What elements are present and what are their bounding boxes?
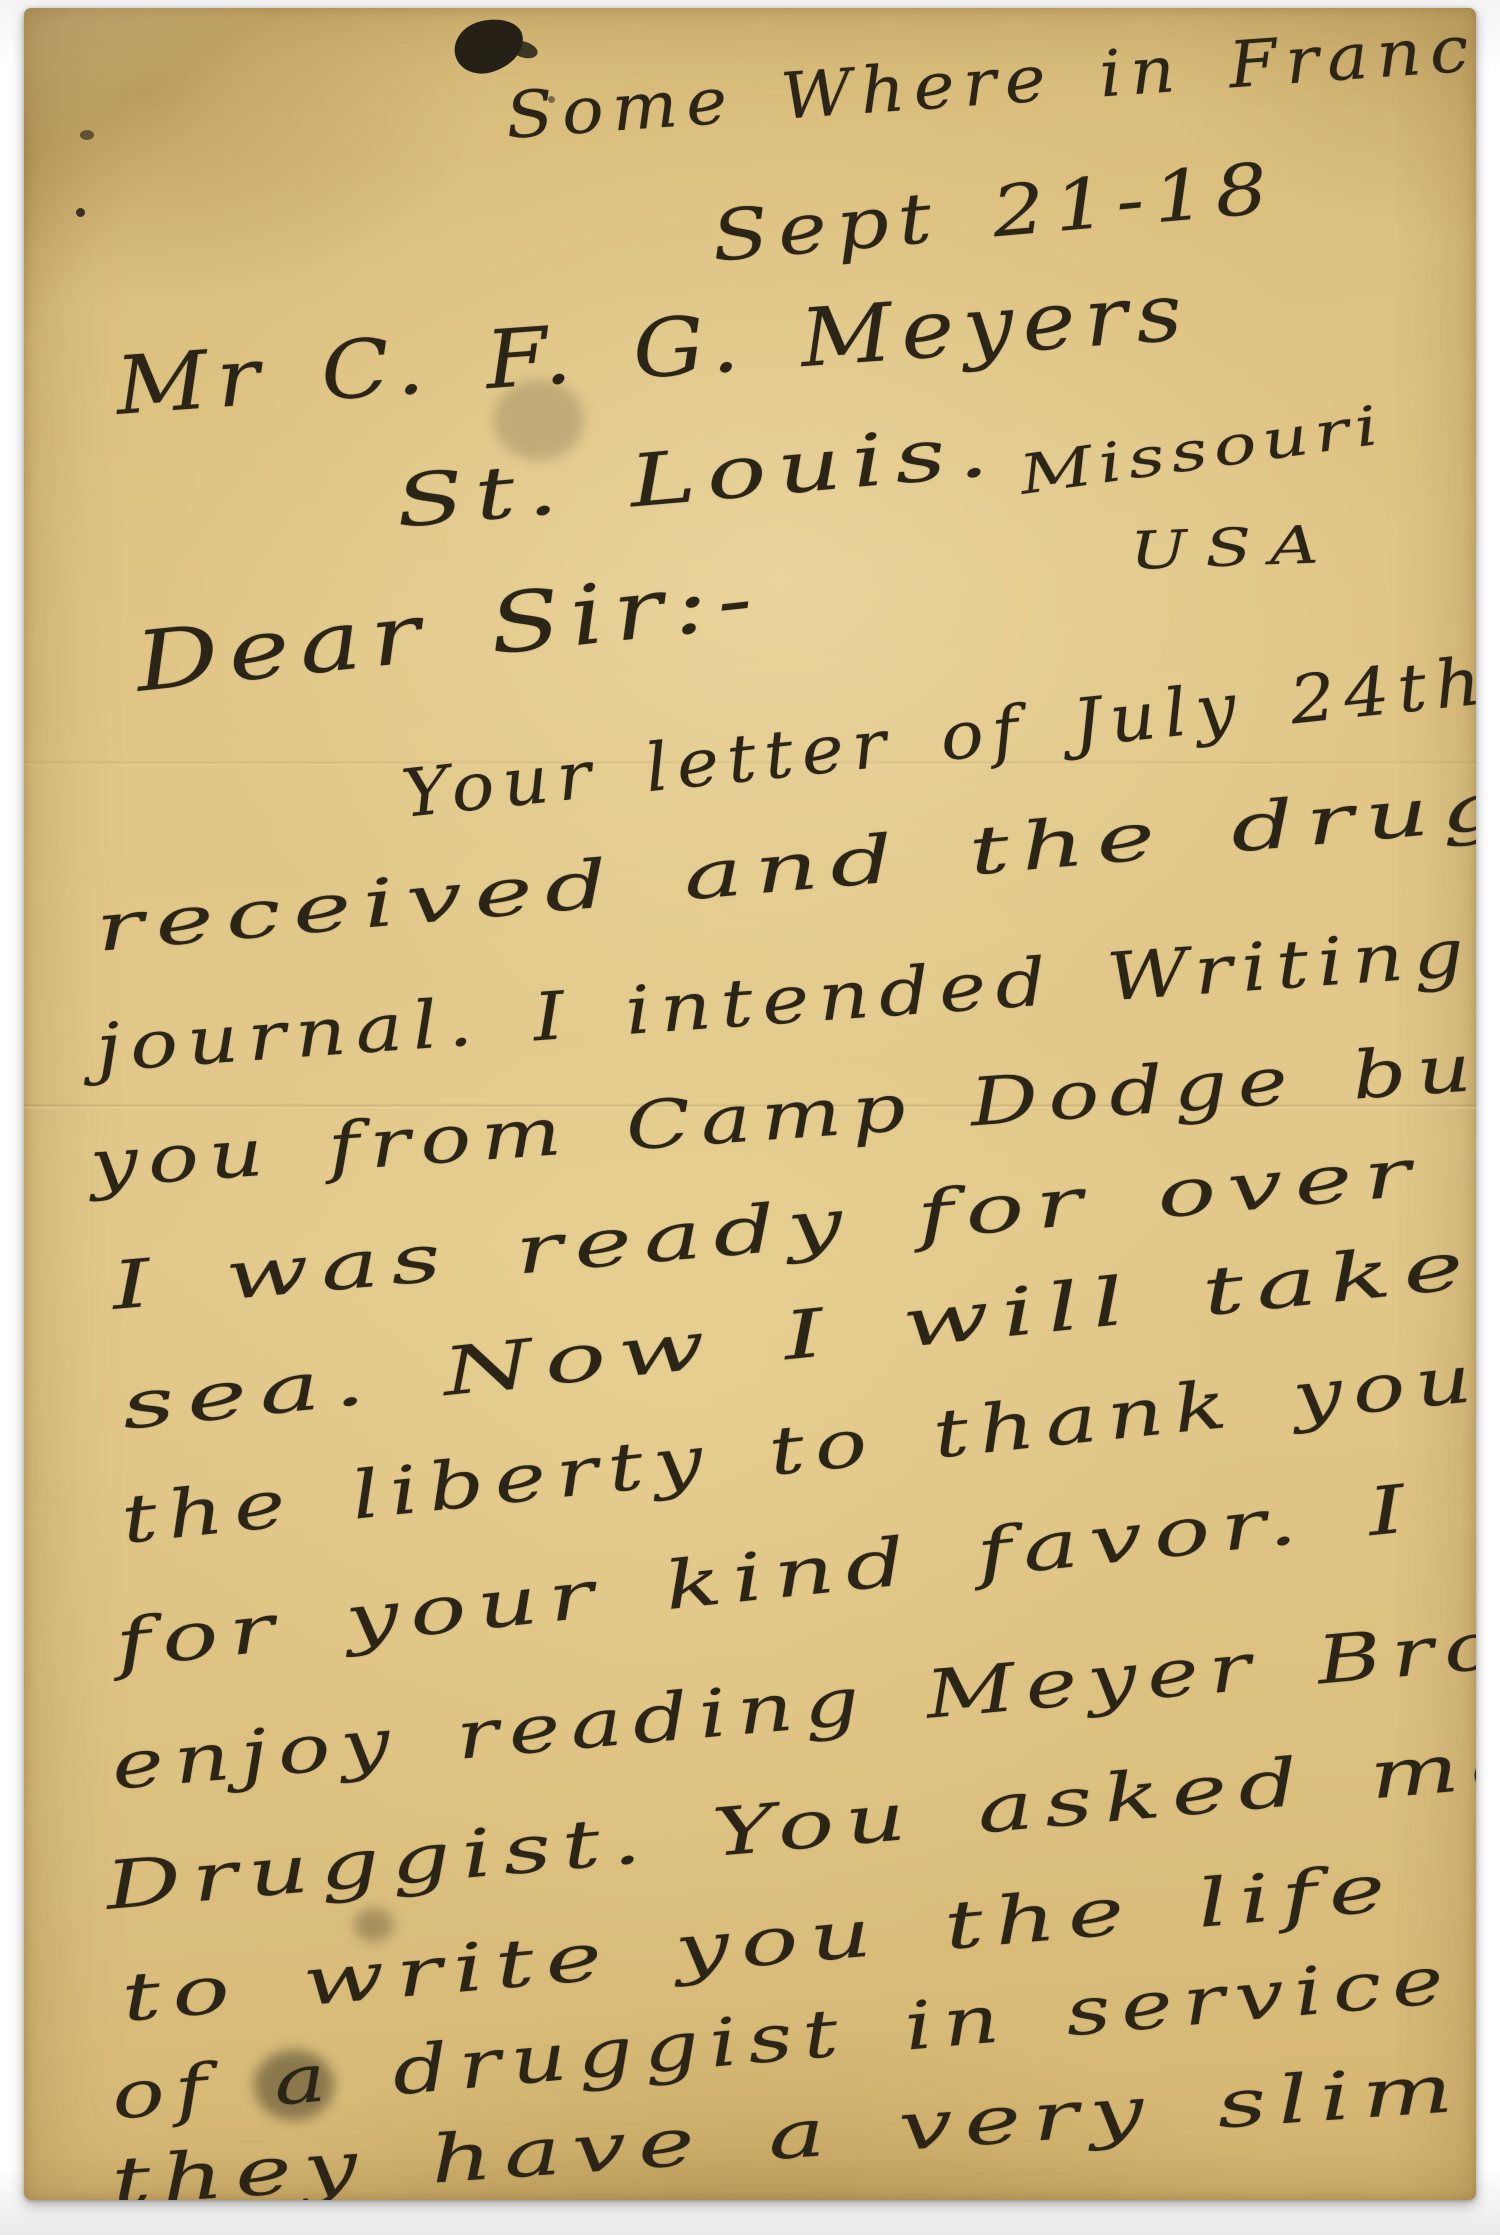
salutation-line: Dear Sir:- — [131, 550, 767, 710]
corner-crease — [24, 8, 324, 338]
heading-date-line: Sept 21-18 — [708, 147, 1280, 278]
letter-page: Some Where in France Sept 21-18 Mr C. F.… — [24, 8, 1476, 2200]
recipient-city-line: St. Louis. — [392, 407, 1002, 543]
ink-speck — [76, 208, 85, 217]
heading-place-line: Some Where in France — [503, 9, 1476, 154]
recipient-country-line: USA — [1129, 515, 1338, 582]
recipient-state-line: Missouri — [1016, 393, 1389, 507]
ink-speck-2 — [80, 130, 94, 140]
